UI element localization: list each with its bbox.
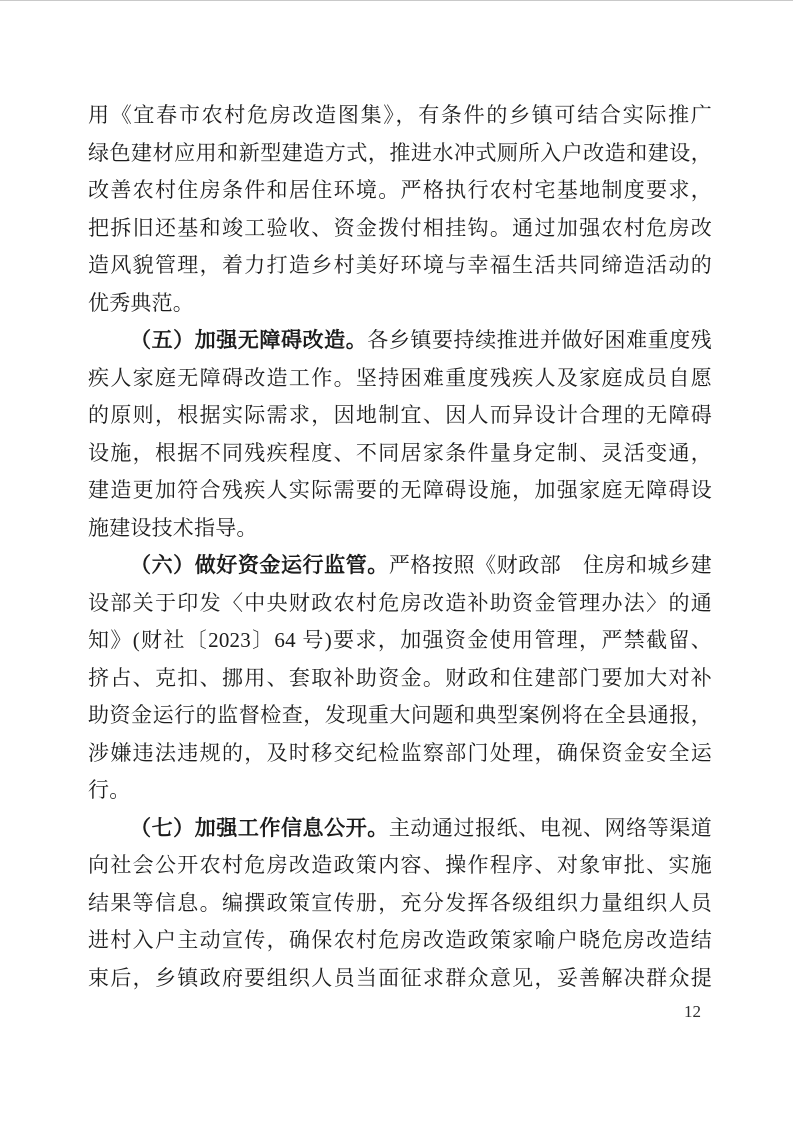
section-heading: （六）做好资金运行监管。 — [130, 553, 389, 577]
text-line: 挤占、克扣、挪用、套取补助资金。财政和住建部门要加大对补 — [88, 660, 712, 698]
text-line: 绿色建材应用和新型建造方式，推进水冲式厕所入户改造和建设， — [88, 135, 712, 173]
text-line: 优秀典范。 — [88, 285, 712, 323]
text-line: 设部关于印发〈中央财政农村危房改造补助资金管理办法〉的通 — [88, 585, 712, 623]
text-line: 建造更加符合残疾人实际需要的无障碍设施，加强家庭无障碍设 — [88, 472, 712, 510]
paragraph: （六）做好资金运行监管。严格按照《财政部 住房和城乡建设部关于印发〈中央财政农村… — [88, 547, 712, 810]
text-line: （六）做好资金运行监管。严格按照《财政部 住房和城乡建 — [88, 547, 712, 585]
text-line: （七）加强工作信息公开。主动通过报纸、电视、网络等渠道 — [88, 810, 712, 848]
page-number: 12 — [684, 1002, 701, 1022]
document-page: 用《宜春市农村危房改造图集》，有条件的乡镇可结合实际推广绿色建材应用和新型建造方… — [0, 0, 793, 1122]
text-line: 向社会公开农村危房改造政策内容、操作程序、对象审批、实施 — [88, 847, 712, 885]
text-line: 施建设技术指导。 — [88, 510, 712, 548]
text-line: 设施，根据不同残疾程度、不同居家条件量身定制、灵活变通， — [88, 435, 712, 473]
section-heading: （五）加强无障碍改造。 — [130, 328, 367, 352]
text-line: 疾人家庭无障碍改造工作。坚持困难重度残疾人及家庭成员自愿 — [88, 360, 712, 398]
text-line: 涉嫌违法违规的，及时移交纪检监察部门处理，确保资金安全运 — [88, 735, 712, 773]
text-line: 用《宜春市农村危房改造图集》，有条件的乡镇可结合实际推广 — [88, 97, 712, 135]
page-edge — [0, 0, 793, 1]
text-line: 束后，乡镇政府要组织人员当面征求群众意见，妥善解决群众提 — [88, 960, 712, 998]
text-line: 改善农村住房条件和居住环境。严格执行农村宅基地制度要求， — [88, 172, 712, 210]
text-line: 进村入户主动宣传，确保农村危房改造政策家喻户晓危房改造结 — [88, 922, 712, 960]
text-line: 把拆旧还基和竣工验收、资金拨付相挂钩。通过加强农村危房改 — [88, 210, 712, 248]
section-heading: （七）加强工作信息公开。 — [130, 816, 389, 840]
paragraph: （七）加强工作信息公开。主动通过报纸、电视、网络等渠道向社会公开农村危房改造政策… — [88, 810, 712, 998]
document-body: 用《宜春市农村危房改造图集》，有条件的乡镇可结合实际推广绿色建材应用和新型建造方… — [88, 97, 712, 997]
text-line: 结果等信息。编撰政策宣传册，充分发挥各级组织力量组织人员 — [88, 885, 712, 923]
text-line: 的原则，根据实际需求，因地制宜、因人而异设计合理的无障碍 — [88, 397, 712, 435]
text-line: 造风貌管理，着力打造乡村美好环境与幸福生活共同缔造活动的 — [88, 247, 712, 285]
paragraph: （五）加强无障碍改造。各乡镇要持续推进并做好困难重度残疾人家庭无障碍改造工作。坚… — [88, 322, 712, 547]
text-line: （五）加强无障碍改造。各乡镇要持续推进并做好困难重度残 — [88, 322, 712, 360]
text-line: 知》(财社〔2023〕64 号)要求，加强资金使用管理，严禁截留、 — [88, 622, 712, 660]
paragraph: 用《宜春市农村危房改造图集》，有条件的乡镇可结合实际推广绿色建材应用和新型建造方… — [88, 97, 712, 322]
text-line: 助资金运行的监督检查，发现重大问题和典型案例将在全县通报， — [88, 697, 712, 735]
text-line: 行。 — [88, 772, 712, 810]
